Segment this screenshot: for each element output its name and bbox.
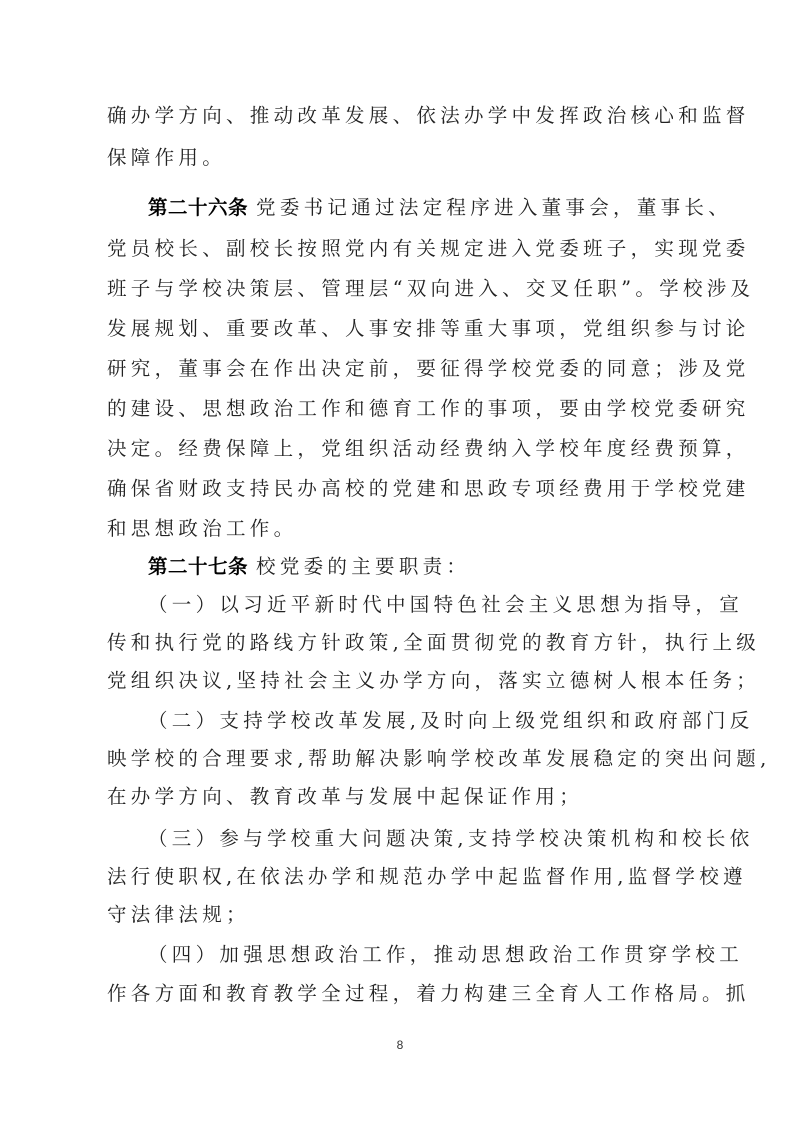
paragraph-line: 作各方面和教育教学全过程，着力构建三全育人工作格局。抓 xyxy=(107,979,707,1009)
paragraph-line: 传和执行党的路线方针政策,全面贯彻党的教育方针，执行上级 xyxy=(107,628,707,658)
paragraph-line: 党组织决议,坚持社会主义办学方向，落实立德树人根本任务； xyxy=(107,666,707,696)
list-item-2-line: （二）支持学校改革发展,及时向上级党组织和政府部门反 xyxy=(148,706,748,736)
paragraph-line: 党员校长、副校长按照党内有关规定进入党委班子，实现党委 xyxy=(107,234,707,264)
list-item-3-line: （三）参与学校重大问题决策,支持学校决策机构和校长依 xyxy=(148,824,748,854)
paragraph-line: 在办学方向、教育改革与发展中起保证作用； xyxy=(107,782,707,812)
page-number: 8 xyxy=(0,1038,800,1052)
paragraph-line: 研究，董事会在作出决定前，要征得学校党委的同意；涉及党 xyxy=(107,354,707,384)
article-27-first-line: 第二十七条校党委的主要职责： xyxy=(148,552,748,582)
article-heading-27: 第二十七条 xyxy=(148,555,248,578)
paragraph-line: 发展规划、重要改革、人事安排等重大事项，党组织参与讨论 xyxy=(107,314,707,344)
paragraph-line: 映学校的合理要求,帮助解决影响学校改革发展稳定的突出问题, xyxy=(107,744,707,774)
list-item-4-line: （四）加强思想政治工作，推动思想政治工作贯穿学校工 xyxy=(148,940,748,970)
article-heading-26: 第二十六条 xyxy=(148,196,248,219)
paragraph-text: 校党委的主要职责： xyxy=(256,555,470,578)
article-26-first-line: 第二十六条党委书记通过法定程序进入董事会，董事长、 xyxy=(148,193,748,223)
paragraph-line: 确办学方向、推动改革发展、依法办学中发挥政治核心和监督 xyxy=(107,101,707,131)
paragraph-line: 班子与学校决策层、管理层“双向进入、交叉任职”。学校涉及 xyxy=(107,274,707,304)
paragraph-line: 决定。经费保障上，党组织活动经费纳入学校年度经费预算， xyxy=(107,434,707,464)
list-item-1-line: （一）以习近平新时代中国特色社会主义思想为指导，宣 xyxy=(148,590,748,620)
paragraph-line: 保障作用。 xyxy=(107,143,707,173)
paragraph-line: 法行使职权,在依法办学和规范办学中起监督作用,监督学校遵 xyxy=(107,862,707,892)
paragraph-line: 确保省财政支持民办高校的党建和思政专项经费用于学校党建 xyxy=(107,474,707,504)
paragraph-text: 党委书记通过法定程序进入董事会，董事长、 xyxy=(256,196,732,219)
paragraph-line: 的建设、思想政治工作和德育工作的事项，要由学校党委研究 xyxy=(107,394,707,424)
paragraph-line: 和思想政治工作。 xyxy=(107,514,707,544)
document-page: 确办学方向、推动改革发展、依法办学中发挥政治核心和监督 保障作用。 第二十六条党… xyxy=(0,0,800,1131)
paragraph-line: 守法律法规； xyxy=(107,900,707,930)
